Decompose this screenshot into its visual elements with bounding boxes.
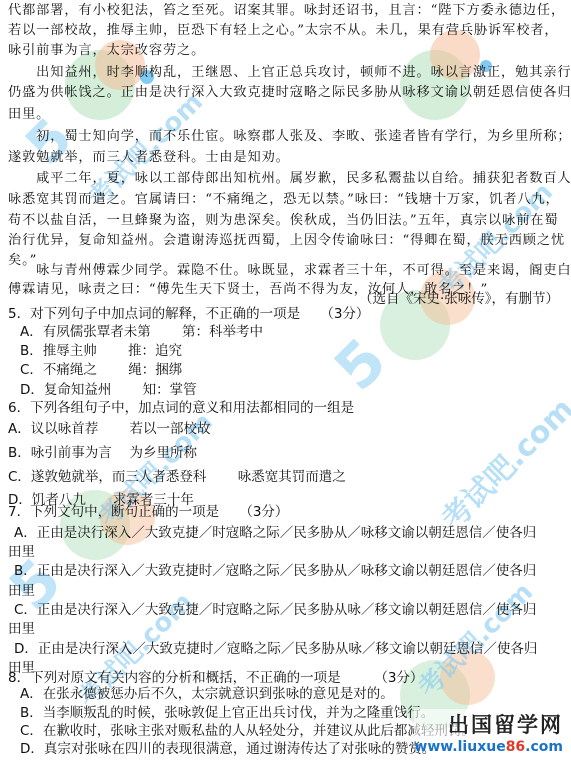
question-option: C．不痛绳之 绳：捆绑 bbox=[20, 361, 182, 379]
passage-source: （选自《宋史·张咏传》，有删节） bbox=[359, 287, 559, 307]
question-stem: 7．下列文句中，断句正确的一项是 （3分） bbox=[8, 503, 288, 521]
question-option: D．真宗对张咏在四川的表现很满意，通过谢涛传达了对张咏的赞赏。 bbox=[20, 740, 435, 758]
question-option-continued: 田里 bbox=[8, 620, 35, 638]
brand-url: www.liuxue86.com bbox=[414, 739, 563, 755]
question-option: D．复命知益州 知：掌管 bbox=[20, 381, 197, 399]
watermark-kaoshiba-6: 考试吧.com bbox=[409, 573, 540, 704]
question-stem: 5．对下列句子中加点词的解释，不正确的一项是 （3分） bbox=[8, 305, 369, 323]
question-option: B．当李顺叛乱的时候，张咏敦促上官正出兵讨伐，并为之隆重饯行。 bbox=[20, 704, 434, 722]
question-option-continued: 田里 bbox=[8, 582, 35, 600]
passage-line: 咸平二年，夏，咏以工部侍郎出知杭州。属岁歉，民多私鬻盐以自给。捕获犯者数百人， bbox=[8, 170, 571, 187]
passage-line: 苟不以盐自活，一旦蜂聚为盗，则为患深矣。俟秋成，当仍旧法。”五年，真宗以咏前在蜀 bbox=[8, 212, 558, 229]
passage-line: 仍盛为供帐饯之。正由是决行深入大致克捷时寇略之际民多胁从咏移文谕以朝廷恩信使各归 bbox=[8, 84, 571, 101]
passage-line: 遂敦勉就举，而三人者悉登科。士由是知劝。 bbox=[8, 149, 290, 166]
question-option: C．在歉收时，张咏主张对贩私盐的人从轻处分，并建议从此后都减轻刑罚。 bbox=[20, 722, 475, 740]
passage-line: 出知益州，时李顺构乱，王继恩、上官正总兵攻讨，顿师不进。咏以言激正，勉其亲行， bbox=[8, 64, 571, 81]
passage-line: 田里。 bbox=[8, 106, 50, 123]
question-option: B．咏引前事为言 为乡里所称 bbox=[8, 444, 197, 462]
question-option: B．正由是决行深入／大致克捷时／寇略之际／民多胁从／咏移文谕以朝廷恩信／使各归 bbox=[14, 562, 536, 580]
question-option: A．有夙儒张覃者未第 第：科举考中 bbox=[20, 323, 263, 341]
passage-line: 治行优异，复命知益州。会遣谢涛巡抚西蜀，上因令传谕咏曰：“得卿在蜀，朕无西顾之忧 bbox=[8, 232, 565, 249]
question-option: A．在张永德被惩办后不久，太宗就意识到张咏的意见是对的。 bbox=[20, 685, 394, 703]
question-option: B．推辱主帅 推：追究 bbox=[20, 342, 182, 360]
brand-watermark: 出国留学网 www.liuxue86.com bbox=[414, 709, 563, 755]
passage-line: 咏引前事为言，太宗改容劳之。 bbox=[8, 42, 205, 59]
question-stem: 6．下列各组句子中，加点词的意义和用法都相同的一组是 bbox=[8, 399, 354, 417]
question-option: A．正由是决行深入／大致克捷／时寇略之际／民多胁从／咏移文谕以朝廷恩信／使各归 bbox=[14, 524, 536, 542]
passage-line: 咏与青州傅霖少同学。霖隐不仕。咏既显，求霖者三十年，不可得。至是来谒，阍吏白 bbox=[8, 262, 571, 279]
question-option: C．遂敦勉就举，而三人者悉登科 咏悉宽其罚而遣之 bbox=[8, 468, 346, 486]
question-option: C．正由是决行深入／大致克捷／时寇略之际／民多胁从咏／移文谕以朝廷恩信／使各归 bbox=[14, 601, 536, 619]
passage-line: 咏悉宽其罚而遣之。官属请曰：“不痛绳之，恐无以禁。”咏曰：“钱塘十万家，饥者八九… bbox=[8, 191, 560, 208]
passage-line: 若以一部校故，推辱主帅，臣恐下有轻上之心。”太宗不从。未几，果有营兵胁诉军校者， bbox=[8, 22, 558, 39]
question-option: D．正由是决行深入／大致克捷时／寇略之际／民多胁从咏／移文谕以朝廷恩信／使各归 bbox=[14, 640, 537, 658]
passage-line: 初，蜀士知向学，而不乐仕宦。咏察郡人张及、李畋、张逵者皆有学行，为乡里所称； bbox=[8, 128, 571, 145]
question-option: A．议以咏首荐 若以一部校故 bbox=[8, 420, 211, 438]
question-option-continued: 田里 bbox=[8, 543, 35, 561]
passage-line: 代都部署，有小校犯法，笞之至死。诏案其罪。咏封还诏书，且言：“陛下方委永德边任， bbox=[8, 2, 565, 19]
brand-name: 出国留学网 bbox=[414, 709, 563, 739]
watermark-kaoshiba-4: 考试吧.com bbox=[429, 386, 571, 538]
